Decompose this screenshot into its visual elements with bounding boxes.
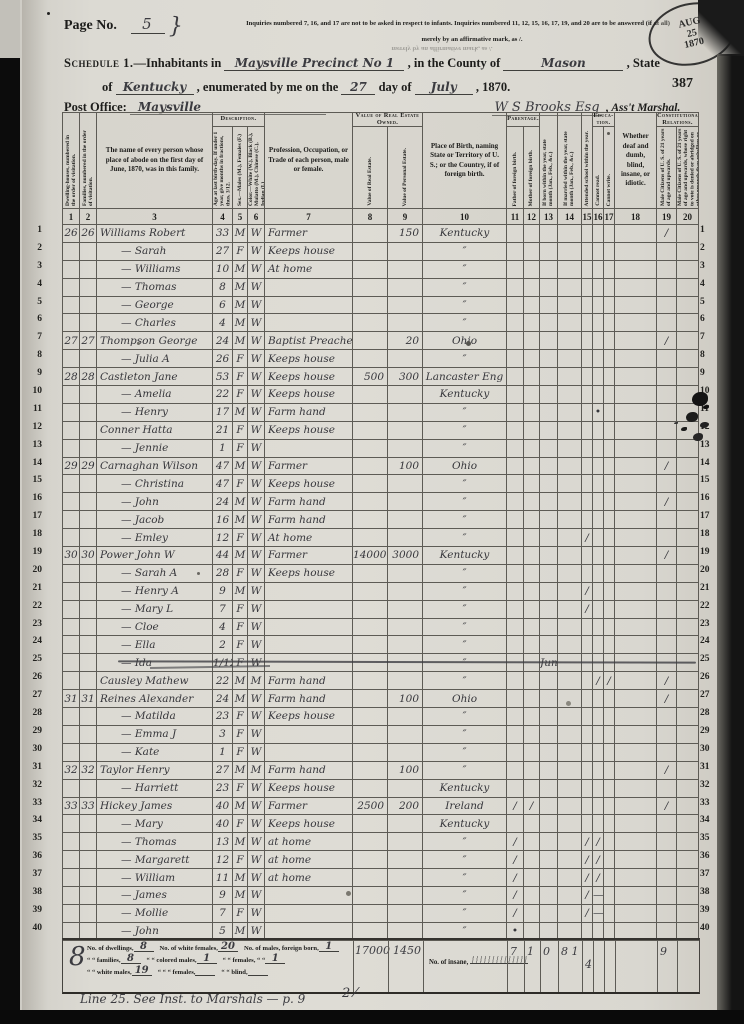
cell-mark-col15 [582, 260, 593, 278]
cell-sex: M [233, 511, 248, 529]
cell-mark-col20 [677, 439, 699, 457]
totals-column-rule [593, 940, 594, 992]
table-row: — Harriett23FWKeeps houseKentucky [63, 779, 699, 797]
cell-mark-col13 [540, 886, 558, 904]
cell-birthplace: Kentucky [423, 386, 507, 404]
cell-color: W [248, 368, 265, 386]
cell-real-estate [353, 242, 388, 260]
cell-mark-col11 [507, 278, 524, 296]
cell-real-estate [353, 278, 388, 296]
cell-mark-col20 [677, 636, 699, 654]
cell-mark-col19 [657, 278, 677, 296]
cell-age: 40 [213, 797, 233, 815]
table-row: — Sarah A28FWKeeps house″ [63, 564, 699, 582]
cell-occupation: Keeps house [265, 350, 353, 368]
cell-mark-col20 [677, 225, 699, 243]
cell-mark-col11 [507, 439, 524, 457]
totals-column-rule [582, 940, 583, 992]
cell-mark-col13 [540, 439, 558, 457]
inquiries-note-line1: Inquiries numbered 7, 16, and 17 are not… [212, 20, 704, 28]
cell-mark-col15 [582, 439, 593, 457]
cell-mark-col14 [558, 332, 582, 350]
cell-mark-col16: — [593, 904, 604, 922]
cell-mark-col11: / [507, 869, 524, 887]
column-number: 16 [593, 209, 604, 225]
row-number: 40 [26, 920, 42, 938]
cell-personal-estate [388, 511, 423, 529]
table-row: 3030Power John W44MWFarmer140003000Kentu… [63, 547, 699, 565]
page-no-value: 5 [131, 15, 165, 34]
cell-mark-col12 [524, 225, 540, 243]
cell-family-number [80, 511, 97, 529]
cell-mark-col12 [524, 743, 540, 761]
cell-birthplace: ″ [423, 564, 507, 582]
cell-color: W [248, 725, 265, 743]
cell-dwelling-number [63, 725, 80, 743]
cell-mark-col12 [524, 904, 540, 922]
cell-personal-estate [388, 386, 423, 404]
cell-mark-col20 [677, 582, 699, 600]
cell-mark-col13 [540, 511, 558, 529]
cell-mark-col15 [582, 690, 593, 708]
cell-mark-col13 [540, 242, 558, 260]
cell-birthplace: Ohio [423, 457, 507, 475]
cell-birthplace: Kentucky [423, 815, 507, 833]
cell-mark-col15 [582, 493, 593, 511]
cell-mark-col14 [558, 350, 582, 368]
cell-age: 24 [213, 690, 233, 708]
cell-family-number [80, 421, 97, 439]
table-row: 2626Williams Robert33MWFarmer150Kentucky… [63, 225, 699, 243]
cell-occupation: At home [265, 529, 353, 547]
cell-age: 27 [213, 761, 233, 779]
right-row-numbers: 1234567891011121314151617181920212223242… [700, 222, 716, 938]
cell-mark-col13 [540, 743, 558, 761]
cell-real-estate [353, 600, 388, 618]
col-header-father-foreign: Father of foreign birth. [507, 127, 524, 209]
col-header-married-month: If married within the year, state month … [558, 113, 582, 209]
cell-mark-col19 [657, 403, 677, 421]
cell-sex: M [233, 886, 248, 904]
cell-mark-col14 [558, 815, 582, 833]
cell-family-number [80, 886, 97, 904]
cell-mark-col16 [593, 386, 604, 404]
cell-mark-col13 [540, 332, 558, 350]
cell-mark-col14 [558, 564, 582, 582]
cell-mark-col18 [615, 475, 657, 493]
cell-birthplace: ″ [423, 350, 507, 368]
group-header-education: Educa-tion. [593, 113, 615, 127]
totals-label-lines: No. of dwellings,8No. of white females,2… [87, 943, 351, 980]
cell-occupation [265, 636, 353, 654]
cell-dwelling-number [63, 708, 80, 726]
cell-sex: F [233, 600, 248, 618]
cell-mark-col16 [593, 797, 604, 815]
cell-mark-col20 [677, 815, 699, 833]
cell-mark-col12 [524, 386, 540, 404]
cell-mark-col16 [593, 314, 604, 332]
cell-mark-col16 [593, 421, 604, 439]
cell-mark-col13 [540, 529, 558, 547]
cell-occupation: Keeps house [265, 815, 353, 833]
cell-personal-estate [388, 743, 423, 761]
cell-dwelling-number [63, 314, 80, 332]
cell-color: W [248, 296, 265, 314]
cell-mark-col14 [558, 618, 582, 636]
row-number: 34 [700, 812, 716, 830]
row-number: 34 [26, 812, 42, 830]
row-number: 10 [26, 383, 42, 401]
totals-column-rule [657, 940, 658, 992]
scan-edge-left-top [0, 0, 20, 58]
group-header-constitutional: Constitutional Relations. [657, 113, 699, 127]
cell-occupation: Farm hand [265, 672, 353, 690]
totals-label: No. of white females, [160, 945, 218, 952]
state-line: of Kentucky , enumerated by me on the 27… [102, 80, 510, 95]
cell-mark-col14 [558, 386, 582, 404]
cell-color: W [248, 779, 265, 797]
row-number: 15 [700, 472, 716, 490]
cell-mark-col13 [540, 564, 558, 582]
cell-mark-col19 [657, 833, 677, 851]
cell-family-number [80, 314, 97, 332]
cell-family-number [80, 350, 97, 368]
cell-mark-col20 [677, 529, 699, 547]
cell-mark-col18 [615, 278, 657, 296]
cell-real-estate: 14000 [353, 547, 388, 565]
row-number: 22 [700, 598, 716, 616]
table-row: — Mollie7FW″//— [63, 904, 699, 922]
cell-mark-col20 [677, 833, 699, 851]
cell-mark-col20 [677, 761, 699, 779]
cell-mark-col13 [540, 278, 558, 296]
row-number: 23 [26, 616, 42, 634]
cell-age: 12 [213, 851, 233, 869]
cell-mark-col13 [540, 350, 558, 368]
totals-column-rule [558, 940, 559, 992]
cell-mark-col17 [604, 529, 615, 547]
cell-mark-col13 [540, 672, 558, 690]
cell-mark-col16 [593, 493, 604, 511]
cell-mark-col20 [677, 314, 699, 332]
row-number: 27 [26, 687, 42, 705]
table-row: — Mary40FWKeeps houseKentucky [63, 815, 699, 833]
cell-mark-col14 [558, 672, 582, 690]
cell-age: 22 [213, 672, 233, 690]
cell-mark-col15 [582, 815, 593, 833]
cell-family-number [80, 386, 97, 404]
totals-col-11-value: 7 [510, 945, 517, 958]
cell-name: Conner Hatta [97, 421, 213, 439]
cell-personal-estate [388, 350, 423, 368]
paper-speckles [47, 12, 50, 15]
cell-name: — Ida [97, 654, 213, 672]
col-header-real-estate: Value of Real Estate. [353, 127, 388, 209]
cell-mark-col15 [582, 242, 593, 260]
cell-color: W [248, 600, 265, 618]
table-row: — Ella2FW″ [63, 636, 699, 654]
column-number: 9 [388, 209, 423, 225]
row-number: 21 [700, 580, 716, 598]
cell-mark-col14 [558, 439, 582, 457]
cell-mark-col16 [593, 564, 604, 582]
row-number: 8 [700, 347, 716, 365]
cell-name: — John [97, 493, 213, 511]
row-number: 15 [26, 472, 42, 490]
cell-dwelling-number: 30 [63, 547, 80, 565]
cell-mark-col13 [540, 725, 558, 743]
cell-mark-col11 [507, 815, 524, 833]
row-number: 25 [700, 651, 716, 669]
cell-occupation [265, 886, 353, 904]
cell-sex: M [233, 296, 248, 314]
cell-family-number [80, 833, 97, 851]
table-row: Conner Hatta21FWKeeps house″ [63, 421, 699, 439]
totals-value [248, 975, 268, 976]
column-number: 11 [507, 209, 524, 225]
cell-mark-col13 [540, 618, 558, 636]
cell-mark-col14 [558, 475, 582, 493]
cell-mark-col18 [615, 511, 657, 529]
cell-mark-col13 [540, 582, 558, 600]
row-number: 27 [700, 687, 716, 705]
cell-occupation [265, 618, 353, 636]
cell-real-estate [353, 582, 388, 600]
cell-mark-col14 [558, 296, 582, 314]
cell-mark-col12 [524, 618, 540, 636]
cell-sex: M [233, 672, 248, 690]
cell-color: W [248, 886, 265, 904]
row-number: 4 [700, 276, 716, 294]
row-number: 12 [700, 419, 716, 437]
cell-real-estate [353, 439, 388, 457]
cell-real-estate [353, 296, 388, 314]
day-of-label: day of [379, 80, 412, 94]
cell-mark-col18 [615, 886, 657, 904]
cell-mark-col15 [582, 797, 593, 815]
left-row-numbers: 1234567891011121314151617181920212223242… [26, 222, 42, 938]
cell-mark-col11 [507, 368, 524, 386]
cell-mark-col17 [604, 439, 615, 457]
col-header-disabilities: Whether deaf and dumb, blind, insane, or… [615, 113, 657, 209]
cell-mark-col14 [558, 833, 582, 851]
cell-name: — William [97, 869, 213, 887]
cell-age: 6 [213, 296, 233, 314]
cell-mark-col12 [524, 869, 540, 887]
cell-mark-col14 [558, 493, 582, 511]
totals-col-14-value: 8 1 [561, 945, 579, 958]
cell-mark-col11 [507, 761, 524, 779]
cell-personal-estate [388, 618, 423, 636]
cell-age: 1/12 [213, 654, 233, 672]
cell-mark-col19 [657, 314, 677, 332]
cell-mark-col11 [507, 386, 524, 404]
cell-birthplace: ″ [423, 833, 507, 851]
cell-personal-estate: 100 [388, 457, 423, 475]
totals-col-19-value: 9 [660, 945, 667, 958]
cell-dwelling-number [63, 618, 80, 636]
cell-real-estate [353, 779, 388, 797]
cell-family-number [80, 403, 97, 421]
cell-color: W [248, 690, 265, 708]
cell-mark-col11 [507, 475, 524, 493]
cell-mark-col18 [615, 618, 657, 636]
totals-col-13-value: 0 [543, 945, 550, 958]
col-header-sex: Sex.—Males (M.), Females (F.) [233, 127, 248, 209]
cell-name: — Emley [97, 529, 213, 547]
cell-mark-col11: / [507, 833, 524, 851]
cell-mark-col17 [604, 690, 615, 708]
cell-name: — Margarett [97, 851, 213, 869]
cell-mark-col12 [524, 761, 540, 779]
totals-value: 8 [121, 955, 141, 964]
cell-name: — Jacob [97, 511, 213, 529]
cell-mark-col13 [540, 815, 558, 833]
cell-sex: M [233, 457, 248, 475]
cell-occupation: at home [265, 833, 353, 851]
cell-mark-col14 [558, 421, 582, 439]
cell-mark-col17 [604, 547, 615, 565]
row-number: 17 [26, 508, 42, 526]
cell-mark-col19 [657, 368, 677, 386]
cell-mark-col14 [558, 708, 582, 726]
cell-name: — Sarah A [97, 564, 213, 582]
ink-blot [692, 392, 708, 406]
cell-birthplace: ″ [423, 278, 507, 296]
totals-label: “ “ families, [87, 957, 121, 964]
cell-age: 7 [213, 904, 233, 922]
cell-name: Carnaghan Wilson [97, 457, 213, 475]
cell-family-number [80, 636, 97, 654]
cell-mark-col17 [604, 314, 615, 332]
cell-personal-estate: 200 [388, 797, 423, 815]
cell-real-estate [353, 457, 388, 475]
cell-color: W [248, 654, 265, 672]
cell-dwelling-number: 31 [63, 690, 80, 708]
cell-occupation: Keeps house [265, 475, 353, 493]
cell-mark-col13 [540, 386, 558, 404]
cell-mark-col19: / [657, 457, 677, 475]
cell-dwelling-number: 26 [63, 225, 80, 243]
cell-mark-col20 [677, 672, 699, 690]
cell-birthplace: ″ [423, 314, 507, 332]
cell-family-number [80, 654, 97, 672]
cell-color: W [248, 869, 265, 887]
cell-birthplace: Ireland [423, 797, 507, 815]
cell-mark-col16 [593, 260, 604, 278]
cell-real-estate [353, 869, 388, 887]
cell-mark-col11 [507, 421, 524, 439]
row-number: 6 [700, 311, 716, 329]
cell-mark-col14 [558, 869, 582, 887]
cell-age: 23 [213, 708, 233, 726]
cell-sex: F [233, 708, 248, 726]
cell-name: — Julia A [97, 350, 213, 368]
cell-birthplace: ″ [423, 296, 507, 314]
totals-column-rule [353, 940, 354, 992]
col-header-occupation: Profession, Occupation, or Trade of each… [265, 113, 353, 209]
cell-mark-col13 [540, 869, 558, 887]
cell-color: W [248, 332, 265, 350]
cell-occupation: At home [265, 260, 353, 278]
cell-personal-estate [388, 493, 423, 511]
cell-mark-col15: / [582, 582, 593, 600]
cell-family-number [80, 439, 97, 457]
cell-color: W [248, 618, 265, 636]
totals-value: 1 [319, 943, 339, 952]
table-row: — Charles4MW″ [63, 314, 699, 332]
cell-mark-col17 [604, 386, 615, 404]
cell-mark-col18 [615, 725, 657, 743]
cell-mark-col16 [593, 278, 604, 296]
cell-mark-col13 [540, 600, 558, 618]
cell-mark-col16 [593, 636, 604, 654]
row-number: 33 [700, 795, 716, 813]
cell-dwelling-number [63, 833, 80, 851]
cell-mark-col17 [604, 904, 615, 922]
cell-mark-col13 [540, 475, 558, 493]
cell-dwelling-number [63, 904, 80, 922]
cell-mark-col11 [507, 725, 524, 743]
totals-label: “ “ white males, [87, 969, 132, 976]
table-row: 3131Reines Alexander24MWFarm hand100Ohio… [63, 690, 699, 708]
cell-real-estate [353, 475, 388, 493]
cell-sex: M [233, 797, 248, 815]
cell-personal-estate [388, 278, 423, 296]
table-row: — Amelia22FWKeeps houseKentucky [63, 386, 699, 404]
cell-mark-col13 [540, 690, 558, 708]
row-number: 32 [700, 777, 716, 795]
cell-age: 1 [213, 743, 233, 761]
cell-mark-col16 [593, 225, 604, 243]
column-number: 19 [657, 209, 677, 225]
totals-col-12-value: 1 [527, 945, 534, 958]
cell-real-estate [353, 904, 388, 922]
cell-mark-col16 [593, 511, 604, 529]
cell-mark-col19 [657, 242, 677, 260]
cell-mark-col18 [615, 350, 657, 368]
cell-mark-col15 [582, 708, 593, 726]
cell-mark-col17 [604, 797, 615, 815]
row-number: 38 [26, 884, 42, 902]
cell-family-number: 26 [80, 225, 97, 243]
cell-sex: M [233, 403, 248, 421]
cell-personal-estate [388, 529, 423, 547]
cell-mark-col17 [604, 332, 615, 350]
cell-mark-col17 [604, 242, 615, 260]
table-row: — James9MW″//— [63, 886, 699, 904]
cell-sex: M [233, 493, 248, 511]
cell-mark-col11 [507, 690, 524, 708]
county-label: , in the County of [408, 56, 501, 70]
cell-color: M [248, 672, 265, 690]
cell-color: W [248, 386, 265, 404]
cell-age: 12 [213, 529, 233, 547]
table-row: — Matilda23FWKeeps house″ [63, 708, 699, 726]
cell-sex: F [233, 368, 248, 386]
cell-mark-col12 [524, 851, 540, 869]
cell-mark-col16 [593, 743, 604, 761]
column-number: 12 [524, 209, 540, 225]
cell-mark-col18 [615, 904, 657, 922]
day-value: 27 [341, 80, 375, 95]
cell-mark-col17 [604, 743, 615, 761]
cell-mark-col14 [558, 797, 582, 815]
cell-mark-col20 [677, 886, 699, 904]
cell-sex: M [233, 225, 248, 243]
cell-mark-col17 [604, 618, 615, 636]
cell-mark-col14 [558, 225, 582, 243]
